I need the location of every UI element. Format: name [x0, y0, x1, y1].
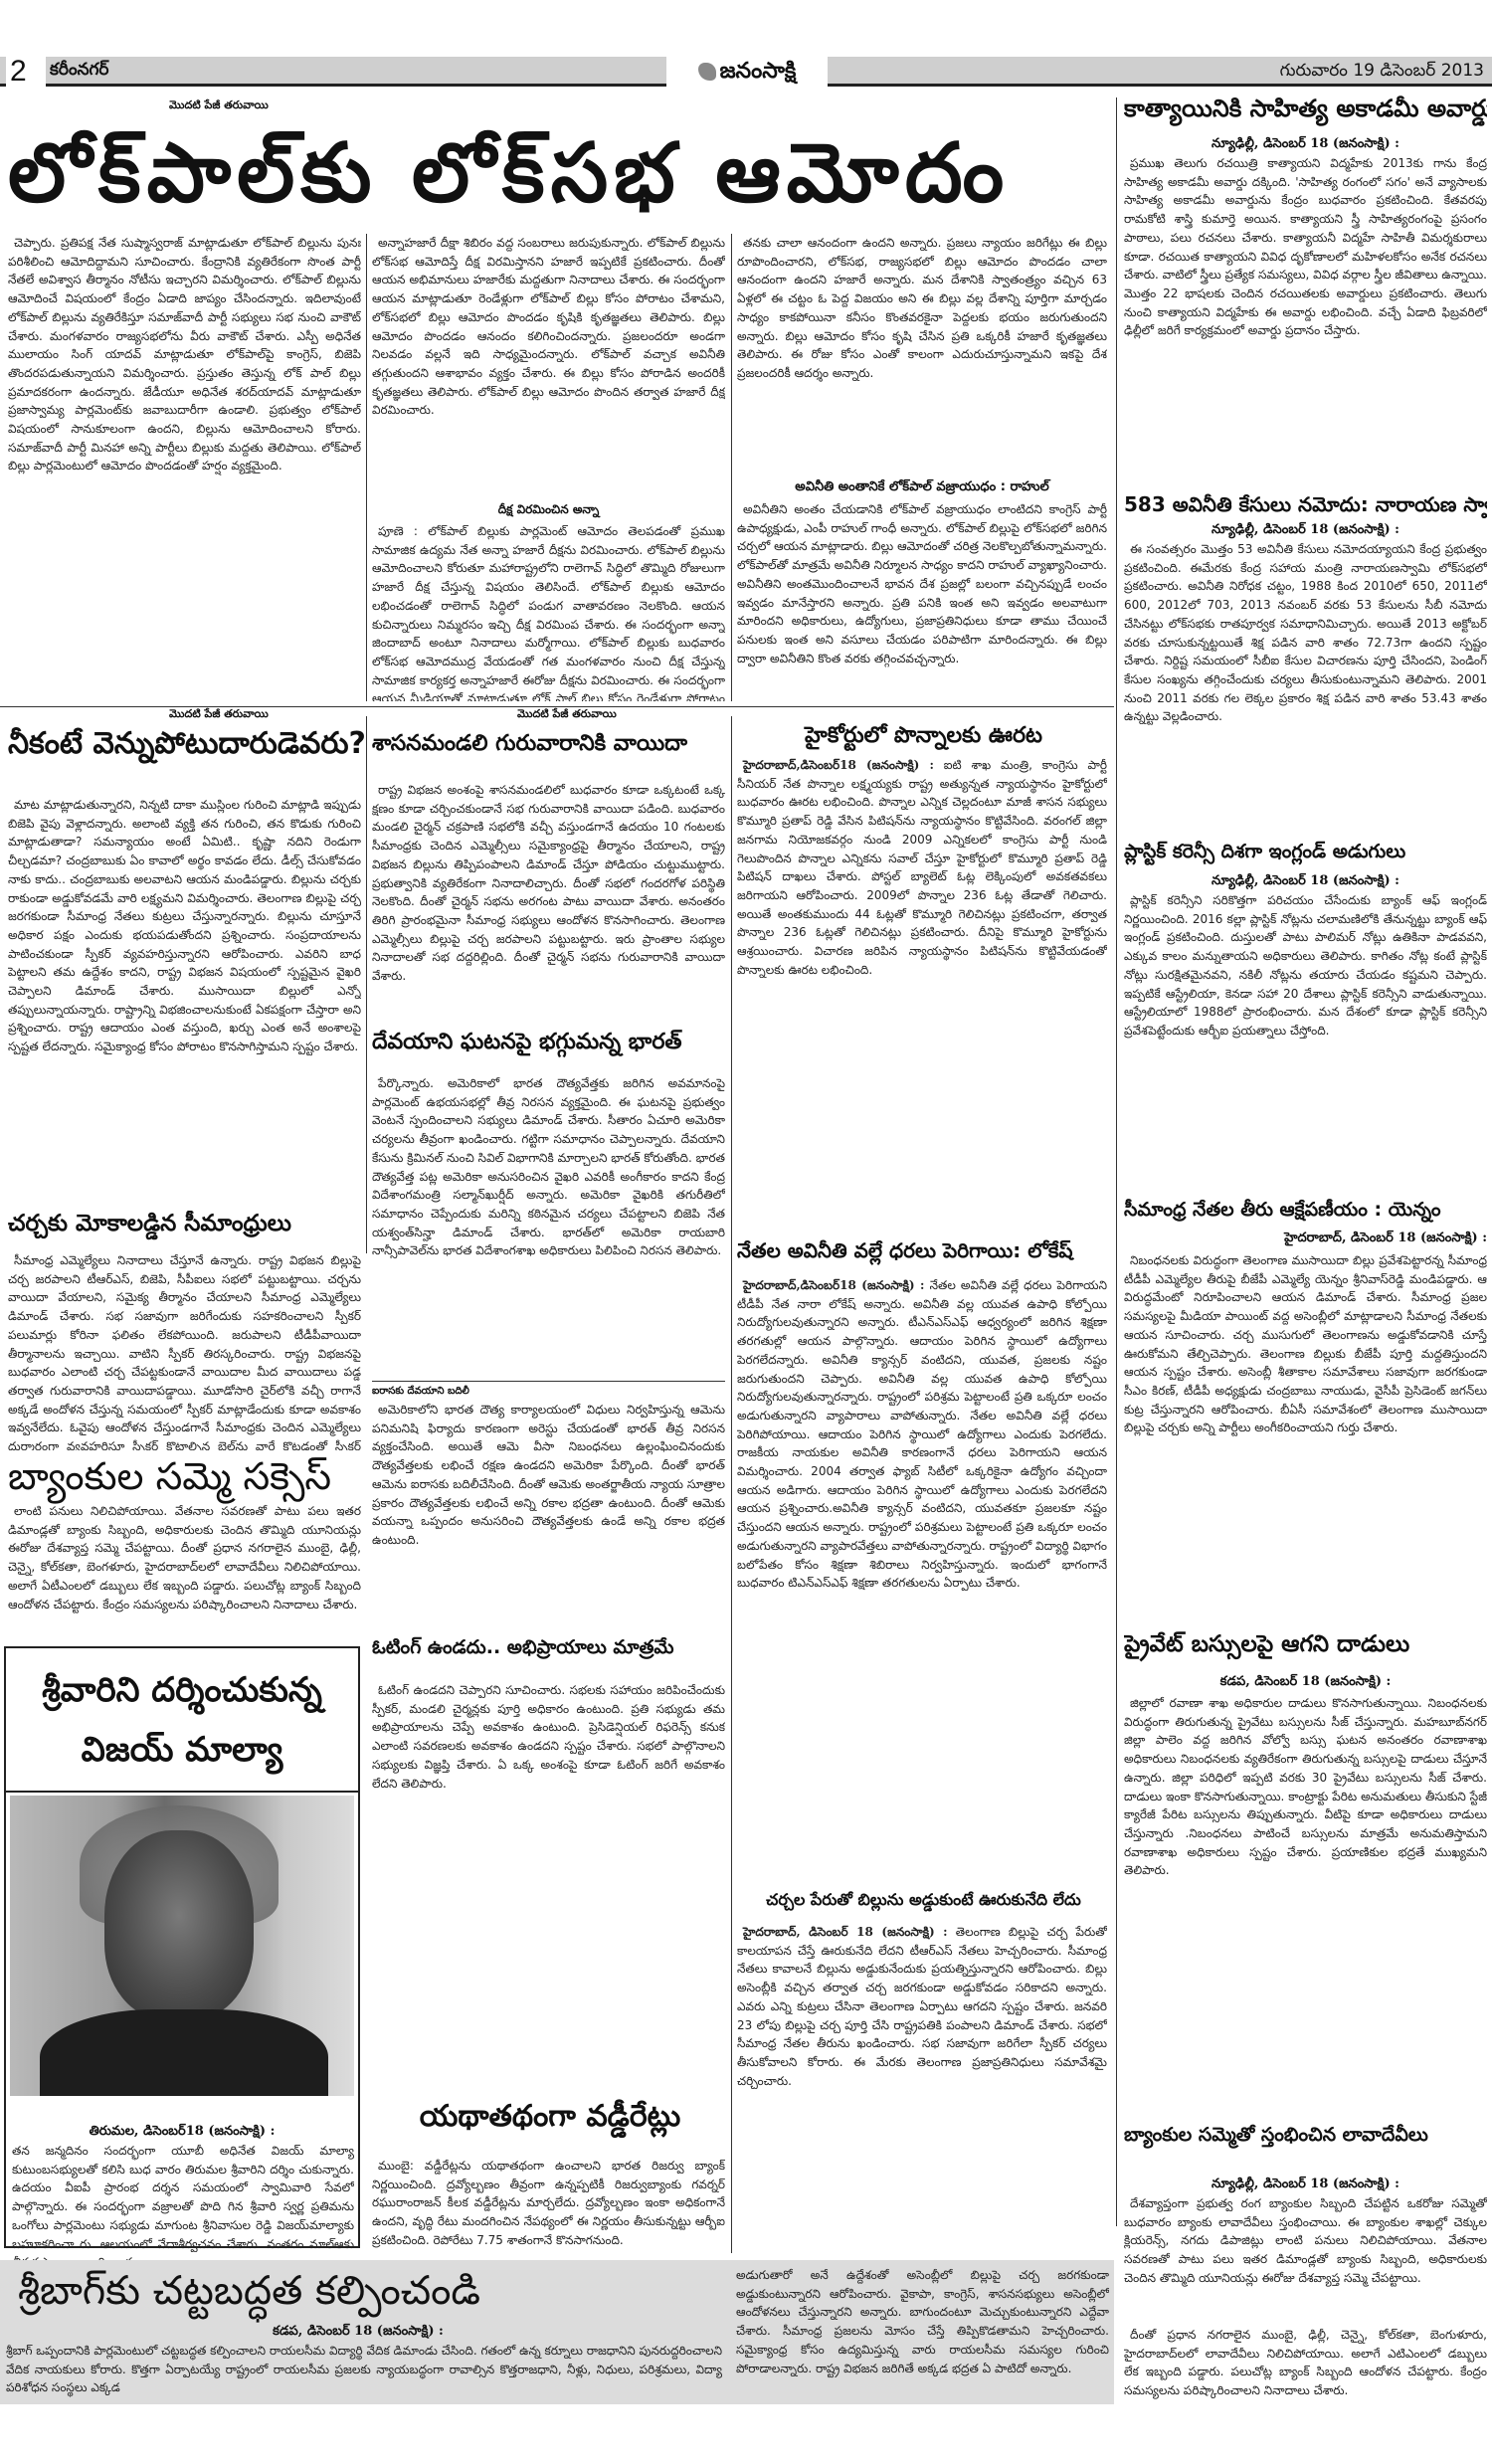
interest-body: ముంబై: వడ్డీరేట్లను యథాతథంగా ఉంచాలని భార…	[372, 2157, 725, 2251]
private-buses-body: జిల్లాలో రవాణా శాఖ అధికారుల దాడులు కొనసా…	[1124, 1694, 1487, 2117]
private-buses-byline: కడప, డిసెంబర్ 18 (జనంసాక్షి) :	[1124, 1674, 1487, 1692]
private-buses-headline: ప్రైవేట్ బస్సులపై ఆగని దాడులు	[1124, 1631, 1487, 1663]
article-text: శ్రీబాగ్ ఒప్పందానికి పార్లమెంటులో చట్టబద…	[6, 2342, 722, 2397]
article-text: హైదరాబాద్, డిసెంబర్ 18 (జనంసాక్షి) : తెల…	[737, 1923, 1107, 2090]
continued-label: మొదటి పేజీ తరువాయి	[169, 98, 269, 114]
katyayani-byline: న్యూఢిల్లీ, డిసెంబర్ 18 (జనంసాక్షి) :	[1124, 136, 1487, 154]
page-number: 2	[6, 57, 46, 87]
narayanaswamy-byline: న్యూఢిల్లీ, డిసెంబర్ 18 (జనంసాక్షి) :	[1124, 522, 1487, 540]
mallya-headline-2: విజయ్ మాల్యా	[6, 1720, 358, 1780]
subhead-anna: దీక్ష విరమించిన అన్నా	[372, 502, 725, 519]
lokpal-column-2b: పూణె : లోక్‌పాల్ బిల్లుకు పార్లమెంట్ ఆమో…	[372, 522, 725, 701]
article-text: తన జన్మదినం సందర్భంగా యూబీ అధినేత విజయ్ …	[12, 2142, 354, 2272]
council-body: రాష్ట్ర విభజన అంశంపై శాసనమండలిలో బుధవారం…	[372, 781, 725, 1025]
issue-date: గురువారం 19 డిసెంబర్ 2013	[1280, 61, 1484, 85]
column-divider	[731, 716, 732, 2253]
sribagh-headline: శ్రీబాగ్‌కు చట్టబద్ధత కల్పించండి	[18, 2268, 535, 2324]
narayanaswamy-headline: 583 అవినీతి కేసులు నమోదు: నారాయణ స్వామి	[1124, 492, 1487, 521]
council-headline: శాసనమండలి గురువారానికి వాయిదా	[372, 731, 728, 761]
lokesh-headline: నేతల అవినీతి వల్లే ధరలు పెరిగాయి: లోకేష్	[737, 1238, 1110, 1267]
article-text: దీంతో ప్రధాన నగరాలైన ముంబై, ఢిల్లీ, చెన్…	[1124, 2326, 1487, 2400]
section-divider	[372, 1381, 725, 1382]
plastic-byline: న్యూఢిల్లీ, డిసెంబర్ 18 (జనంసాక్షి) :	[1124, 873, 1487, 891]
mallya-headline-1: శ్రీవారిని దర్శించుకున్న	[6, 1660, 358, 1720]
column-divider	[366, 716, 367, 1253]
interest-headline: యథాతథంగా వడ్డీరేట్లు	[372, 2099, 728, 2141]
newspaper-logo: జనంసాక్షి	[666, 55, 828, 89]
seemandhra-chaos-headline: చర్చకు మోకాలడ్డిన సీమాంధ్రులు	[8, 1211, 364, 1242]
article-text: చెప్పారు. ప్రతిపక్ష నేత సుష్మాస్వరాజ్ మా…	[8, 234, 361, 475]
article-text: రాష్ట్ర విభజన అంశంపై శాసనమండలిలో బుధవారం…	[372, 781, 725, 986]
article-text: నిబంధనలకు విరుద్ధంగా తెలంగాణ ముసాయిదా బి…	[1124, 1251, 1487, 1437]
article-text: పూణె : లోక్‌పాల్ బిల్లుకు పార్లమెంట్ ఆమో…	[372, 522, 725, 701]
telangana-bill-body: హైదరాబాద్, డిసెంబర్ 18 (జనంసాక్షి) : తెల…	[737, 1923, 1107, 2251]
mallya-photo	[10, 1796, 354, 2096]
article-text: మాట మాట్లాడుతున్నారని, నిన్నటి దాకా ముస్…	[8, 796, 361, 1056]
column-divider	[366, 234, 367, 701]
article-text: అడుగుతారో అనే ఉద్దేశంతో అసెంబ్లీలో బిల్ల…	[736, 2266, 1109, 2377]
article-text: ఈ సంవత్సరం మొత్తం 53 అవినీతి కేసులు నమోద…	[1124, 540, 1487, 726]
continued-label: మొదటి పేజీ తరువాయి	[517, 707, 617, 723]
subhead-rahul: అవినీతి అంతానికే లోక్‌పాల్ వజ్రాయుధం : ర…	[737, 479, 1107, 497]
article-text: దేశవ్యాప్తంగా ప్రభుత్వ రంగ బ్యాంకుల సిబ్…	[1124, 2194, 1487, 2288]
article-text: అమెరికాలోని భారత దౌత్య కార్యాలయంలో విధుల…	[372, 1401, 725, 1550]
seemandhra-leaders-body: నిబంధనలకు విరుద్ధంగా తెలంగాణ ముసాయిదా బి…	[1124, 1251, 1487, 1629]
seemandhra-chaos-body: సీమాంధ్ర ఎమ్మెల్యేలు నినాదాలు చేస్తూనే ఉ…	[8, 1251, 361, 1450]
map-icon	[698, 63, 716, 81]
article-text: జిల్లాలో రవాణా శాఖ అధికారుల దాడులు కొనసా…	[1124, 1694, 1487, 1880]
article-text: హైదరాబాద్,డిసెంబర్18 (జనంసాక్షి) : ఐటి శ…	[737, 756, 1107, 979]
sribagh-band: శ్రీబాగ్‌కు చట్టబద్ధత కల్పించండి కడప, డి…	[0, 2260, 1114, 2404]
article-text: ముంబై: వడ్డీరేట్లను యథాతథంగా ఉంచాలని భార…	[372, 2157, 725, 2250]
bank-strike-right-body-2: దీంతో ప్రధాన నగరాలైన ముంబై, ఢిల్లీ, చెన్…	[1124, 2326, 1487, 2405]
lokpal-column-1: చెప్పారు. ప్రతిపక్ష నేత సుష్మాస్వరాజ్ మా…	[8, 234, 361, 701]
bank-strike-right-body: దేశవ్యాప్తంగా ప్రభుత్వ రంగ బ్యాంకుల సిబ్…	[1124, 2194, 1487, 2324]
photo-body	[40, 2009, 328, 2096]
article-text: సీమాంధ్ర ఎమ్మెల్యేలు నినాదాలు చేస్తూనే ఉ…	[8, 1251, 361, 1450]
box-divider	[6, 1791, 358, 1793]
highcourt-text: ఐటి శాఖ మంత్రి, కాంగ్రెసు పార్టీ సీనియర్…	[737, 758, 1107, 977]
bank-strike-left-body: లాంటి పనులు నిలిచిపోయాయి. వేతనాల సవరణతో …	[8, 1502, 361, 1626]
sribagh-body-continued: అడుగుతారో అనే ఉద్దేశంతో అసెంబ్లీలో బిల్ల…	[736, 2266, 1109, 2400]
edition-name: కరీంనగర్	[50, 60, 109, 84]
article-text: తనకు చాలా ఆనందంగా ఉందని అన్నారు. ప్రజలు …	[737, 234, 1107, 383]
lokpal-column-2: అన్నాహజారే దీక్షా శిబిరం వద్ద సంబరాలు జర…	[372, 234, 725, 497]
bank-strike-right-headline: బ్యాంకుల సమ్మెతో స్తంభించిన లావాదేవీలు	[1124, 2124, 1487, 2151]
telangana-bill-headline: చర్చల పేరుతో బిల్లును అడ్డుకుంటే ఊరుకునే…	[737, 1890, 1110, 1913]
plastic-headline: ప్లాస్టిక్ కరెన్సీ దిశగా ఇంగ్లండ్ అడుగుల…	[1124, 841, 1487, 867]
bank-strike-right-byline: న్యూఢిల్లీ, డిసెంబర్ 18 (జనంసాక్షి) :	[1124, 2177, 1487, 2194]
continued-label: మొదటి పేజీ తరువాయి	[169, 707, 269, 723]
lokesh-text: నేతల అవినీతి వల్లే ధరలు పెరిగాయని టీడీపీ…	[737, 1278, 1107, 1590]
devyani-body: పేర్కొన్నారు. అమెరికాలో భారత దౌత్యవేత్తక…	[372, 1074, 725, 1378]
bank-strike-left-headline: బ్యాంకుల సమ్మె సక్సెస్	[8, 1454, 364, 1508]
photo-face	[104, 1830, 254, 2019]
telangana-bill-text: తెలంగాణ బిల్లుపై చర్చ పేరుతో కాలయాపన చేస…	[737, 1925, 1107, 2088]
highcourt-byline: హైదరాబాద్,డిసెంబర్18 (జనంసాక్షి) :	[743, 758, 934, 772]
article-text: ఓటింగ్ ఉండదని చెప్పారని సూచించారు. సభలకు…	[372, 1681, 725, 1793]
article-text: పేర్కొన్నారు. అమెరికాలో భారత దౌత్యవేత్తక…	[372, 1074, 725, 1260]
backstabber-body: మాట మాట్లాడుతున్నారని, నిన్నటి దాకా ముస్…	[8, 796, 361, 1204]
lokesh-byline: హైదరాబాద్,డిసెంబర్18 (జనంసాక్షి) :	[743, 1278, 924, 1292]
devyani-body-2: అమెరికాలోని భారత దౌత్య కార్యాలయంలో విధుల…	[372, 1401, 725, 1629]
devyani-subhead: ఐరాసకు దేవయాని బదిలీ	[372, 1385, 725, 1399]
article-text: అన్నాహజారే దీక్షా శిబిరం వద్ద సంబరాలు జర…	[372, 234, 725, 420]
article-text: ప్లాస్టిక్ కరెన్సీని సరికొత్తగా పరిచయం చ…	[1124, 891, 1487, 1041]
lokpal-column-3: తనకు చాలా ఆనందంగా ఉందని అన్నారు. ప్రజలు …	[737, 234, 1107, 477]
top-margin	[0, 0, 1492, 55]
column-divider	[1116, 97, 1117, 2226]
telangana-bill-byline: హైదరాబాద్, డిసెంబర్ 18 (జనంసాక్షి) :	[743, 1925, 948, 1939]
seemandhra-leaders-headline: సీమాంధ్ర నేతల తీరు ఆక్షేపణీయం : యెన్నం	[1124, 1199, 1487, 1226]
column-divider	[731, 234, 732, 701]
lokesh-body: హైదరాబాద్,డిసెంబర్18 (జనంసాక్షి) : నేతల …	[737, 1276, 1107, 1873]
katyayani-body: ప్రముఖ తెలుగు రచయిత్రి కాత్యాయని విద్మహే…	[1124, 154, 1487, 492]
devyani-headline: దేవయాని ఘటనపై భగ్గుమన్న భారత్	[372, 1030, 728, 1059]
lead-headline: లోక్‌పాల్‌కు లోక్‌సభ ఆమోదం	[8, 124, 1122, 224]
logo-text: జనంసాక్షి	[720, 59, 797, 84]
seemandhra-leaders-byline: హైదరాబాద్, డిసెంబర్ 18 (జనంసాక్షి) :	[1124, 1231, 1487, 1248]
highcourt-body: హైదరాబాద్,డిసెంబర్18 (జనంసాక్షి) : ఐటి శ…	[737, 756, 1107, 1233]
article-text: లాంటి పనులు నిలిచిపోయాయి. వేతనాల సవరణతో …	[8, 1502, 361, 1613]
katyayani-headline: కాత్యాయినికి సాహిత్య అకాడమీ అవార్డు	[1124, 95, 1487, 128]
article-text: హైదరాబాద్,డిసెంబర్18 (జనంసాక్షి) : నేతల …	[737, 1276, 1107, 1593]
lokpal-column-3b: అవినీతిని అంతం చేయడానికి లోక్‌పాల్ వజ్రా…	[737, 500, 1107, 701]
voting-headline: ఓటింగ్ ఉండదు.. అభిప్రాయాలు మాత్రమే	[372, 1636, 728, 1663]
masthead: 2 కరీంనగర్ జనంసాక్షి గురువారం 19 డిసెంబర…	[0, 57, 1492, 87]
mallya-box: శ్రీవారిని దర్శించుకున్న విజయ్ మాల్యా తి…	[4, 1646, 360, 2248]
voting-body: ఓటింగ్ ఉండదని చెప్పారని సూచించారు. సభలకు…	[372, 1681, 725, 1890]
mallya-byline: తిరుమల, డిసెంబర్18 (జనంసాక్షి) :	[10, 2124, 354, 2142]
article-text: ప్రముఖ తెలుగు రచయిత్రి కాత్యాయని విద్మహే…	[1124, 154, 1487, 340]
article-text: అవినీతిని అంతం చేయడానికి లోక్‌పాల్ వజ్రా…	[737, 500, 1107, 667]
sribagh-body: శ్రీబాగ్ ఒప్పందానికి పార్లమెంటులో చట్టబద…	[6, 2342, 722, 2401]
plastic-body: ప్లాస్టిక్ కరెన్సీని సరికొత్తగా పరిచయం చ…	[1124, 891, 1487, 1195]
backstabber-headline: నీకంటే వెన్నుపోటుదారుడెవరు?	[8, 726, 364, 768]
narayanaswamy-body: ఈ సంవత్సరం మొత్తం 53 అవినీతి కేసులు నమోద…	[1124, 540, 1487, 839]
sribagh-byline: కడప, డిసెంబర్ 18 (జనంసాక్షి) :	[0, 2324, 716, 2342]
highcourt-headline: హైకోర్టులో పొన్నాలకు ఊరట	[737, 723, 1110, 753]
